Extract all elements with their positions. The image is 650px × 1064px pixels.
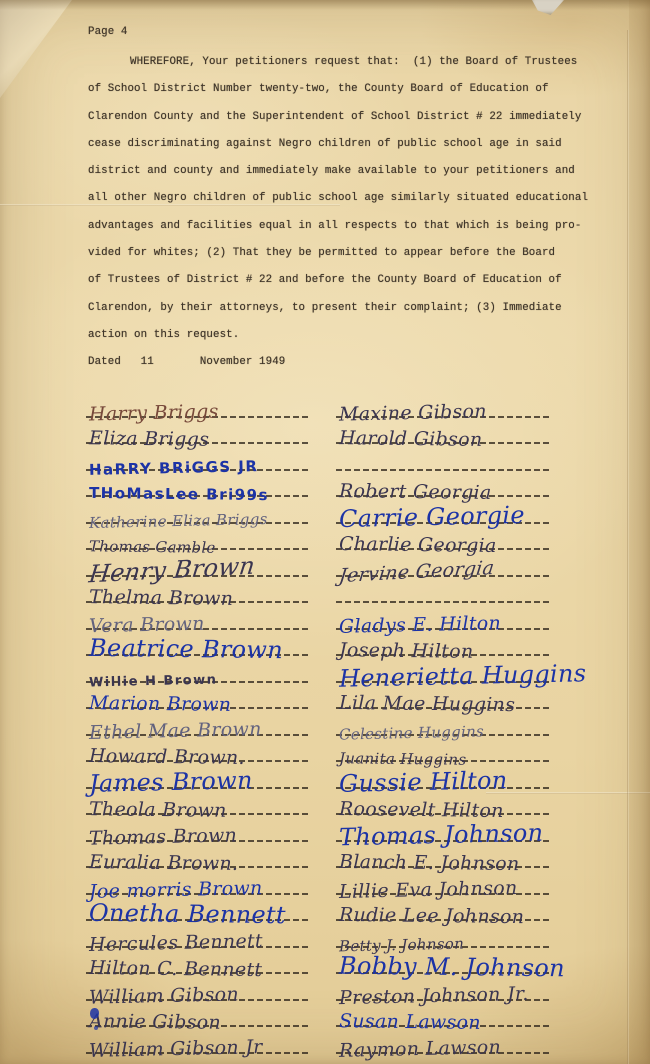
signature-row: Robert Georgia — [336, 472, 549, 499]
typed-line: of School District Number twenty-two, th… — [88, 76, 600, 103]
signature-row: Gussie Hilton — [336, 763, 549, 790]
signature-row: Roosevelt Hilton — [336, 790, 549, 817]
signature-row: Charlie Georgia — [336, 525, 549, 552]
signature-row: Thomas Johnson — [336, 816, 549, 843]
signature-row: Carrie Georgie — [336, 498, 549, 525]
petition-page: Page 4 WHEREFORE, Your petitioners reque… — [0, 0, 650, 1064]
typed-line: of Trustees of District # 22 and before … — [88, 267, 600, 294]
right-edge-shading-decoration — [629, 0, 650, 1064]
typed-line: Clarendon County and the Superintendent … — [88, 104, 600, 131]
signature-row: Hercules Bennett — [86, 922, 310, 949]
typed-line: WHEREFORE, Your petitioners request that… — [88, 49, 600, 76]
signature-line — [336, 601, 549, 603]
dated-line: Dated 11 November 1949 — [88, 356, 285, 368]
signature-row: Thomas Gamble — [86, 525, 310, 552]
signature-row: Vera Brown — [86, 604, 310, 631]
typed-line: cease discriminating against Negro child… — [88, 131, 600, 158]
signature-row: Euralia Brown. — [86, 843, 310, 870]
signature-row: Katherine Eliza Briggs — [86, 498, 310, 525]
signature-row: Rudie Lee Johnson — [336, 896, 549, 923]
signature-row: Blanch E. Johnson — [336, 843, 549, 870]
signature-row: Hilton C. Bennett — [86, 949, 310, 976]
signature-row: Beatrice Brown — [86, 631, 310, 658]
signature-row: Marion Brown — [86, 684, 310, 711]
signature-row: Thomas Brown — [86, 816, 310, 843]
signature-row: William Gibson Jr — [86, 1028, 310, 1055]
signature-row: Harry Briggs — [86, 392, 310, 419]
signature-row: Gladys E. Hilton — [336, 604, 549, 631]
signature-row: HaRRY BRiGGS JR — [86, 445, 310, 472]
signature-row: Betty J. Johnson — [336, 922, 549, 949]
signature-row: Willie H Brown — [86, 657, 310, 684]
signature-row: Howard Brown. — [86, 737, 310, 764]
typed-line: vided for whites; (2) That they be permi… — [88, 240, 600, 267]
typed-line: district and county and immediately make… — [88, 158, 600, 185]
typed-line: Clarendon, by their attorneys, to presen… — [88, 295, 600, 322]
signature-row: James Brown — [86, 763, 310, 790]
signature: William Gibson Jr — [89, 1038, 263, 1061]
signature-column-right: Maxine GibsonHarold GibsonRobert Georgia… — [336, 392, 549, 1055]
corner-fold-decoration — [0, 0, 72, 98]
signature-row: Susan Lawson — [336, 1002, 549, 1029]
signature-row: Henerietta Huggins — [336, 657, 549, 684]
signature-row: Joseph Hilton — [336, 631, 549, 658]
page-number-label: Page 4 — [88, 26, 127, 38]
signature-row: Annie Gibson — [86, 1002, 310, 1029]
signature-row: Maxine Gibson — [336, 392, 549, 419]
signature-row: Onetha Bennett — [86, 896, 310, 923]
signature-row: THoMasLee Bri99s — [86, 472, 310, 499]
signature-row-blank — [336, 578, 549, 605]
petition-paragraph: WHEREFORE, Your petitioners request that… — [88, 49, 600, 349]
signature-line — [336, 469, 549, 471]
typed-line: action on this request. — [88, 322, 600, 349]
signature-row: Harold Gibson — [336, 419, 549, 446]
signature-row: Lila Mae Huggins — [336, 684, 549, 711]
signature-row: Henry Brown — [86, 551, 310, 578]
signature-row: Jervine Georgia — [336, 551, 549, 578]
signature-row: William Gibson — [86, 975, 310, 1002]
signature-row: Raymon Lawson — [336, 1028, 549, 1055]
signature-row: Ethel Mae Brown — [86, 710, 310, 737]
signature-column-left: Harry BriggsEliza BriggsHaRRY BRiGGS JRT… — [86, 392, 310, 1055]
signature-row: Joe morris Brown — [86, 869, 310, 896]
signature-row-blank — [336, 445, 549, 472]
signature-row: Lillie Eva Johnson — [336, 869, 549, 896]
signature-row: Eliza Briggs — [86, 419, 310, 446]
signature-row: Theola Brown — [86, 790, 310, 817]
typed-line: advantages and facilities equal in all r… — [88, 213, 600, 240]
signature-row: Juanita Huggins — [336, 737, 549, 764]
signature-row: Preston Johnson Jr. — [336, 975, 549, 1002]
signature-row: Thelma Brown — [86, 578, 310, 605]
signature-row: Celestine Huggins — [336, 710, 549, 737]
ink-blot-decoration — [94, 1026, 98, 1030]
signature-row: Bobby M. Johnson — [336, 949, 549, 976]
signature: Raymon Lawson — [339, 1038, 501, 1061]
typed-line: all other Negro children of public schoo… — [88, 185, 600, 212]
